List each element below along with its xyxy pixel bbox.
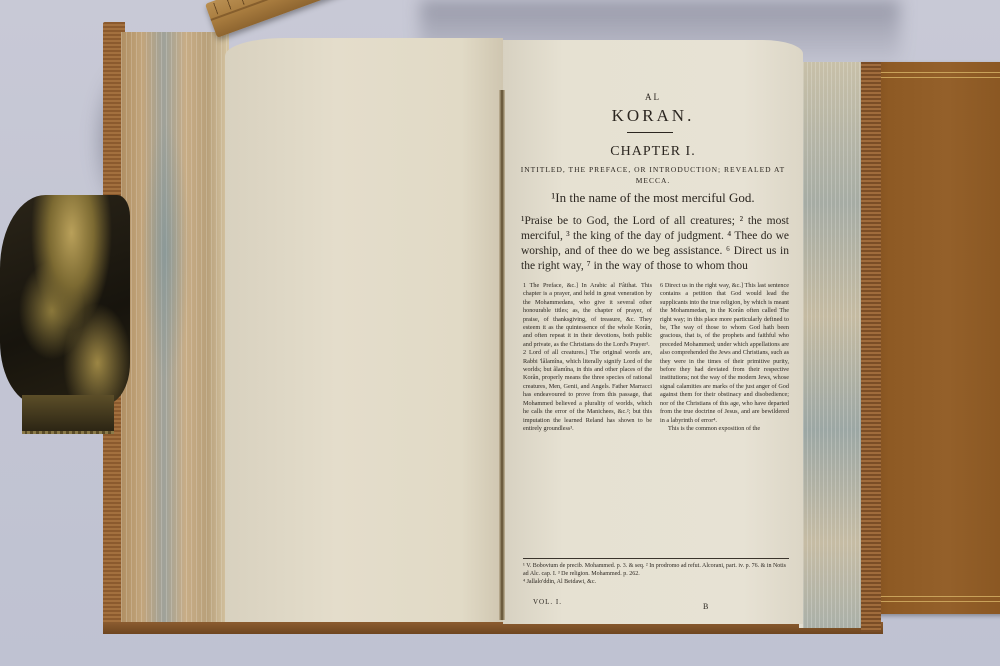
- invocation: ¹In the name of the most merciful God.: [523, 190, 783, 206]
- footnote-line: ⁴ Jallalo'ddin, Al Beidawi, &c.: [523, 578, 789, 586]
- marbled-page-edge-left: [121, 32, 229, 628]
- footnote-line: ¹ V. Bobovium de precib. Mohammed. p. 3.…: [523, 562, 789, 578]
- notes-column-left: 1 The Preface, &c.] In Arabic al Fâtihat…: [523, 282, 652, 433]
- figure-base: [22, 395, 114, 434]
- note-paragraph: This is the common exposition of the: [660, 425, 789, 433]
- marbled-page-edge-right: [803, 62, 865, 628]
- heading-koran: KORAN.: [503, 106, 803, 126]
- gilt-rule-top: [874, 72, 1000, 78]
- commentary-notes: 1 The Preface, &c.] In Arabic al Fâtihat…: [523, 282, 789, 433]
- book-gutter: [499, 90, 505, 620]
- book-spine-edge: [861, 62, 881, 632]
- printer-signature: B: [703, 602, 708, 611]
- note-paragraph: 2 Lord of all creatures.] The original w…: [523, 349, 652, 433]
- volume-label: VOL. I.: [533, 598, 562, 606]
- heading-al: AL: [503, 92, 803, 102]
- gilt-rule-bottom: [874, 596, 1000, 602]
- note-paragraph: 6 Direct us in the right way, &c.] This …: [660, 282, 789, 425]
- open-book: AL KORAN. CHAPTER I. Intitled, the Prefa…: [103, 10, 883, 640]
- chapter-title: CHAPTER I.: [503, 144, 803, 160]
- title-rule: [627, 132, 673, 133]
- note-paragraph: 1 The Preface, &c.] In Arabic al Fâtihat…: [523, 282, 652, 349]
- bronze-figure: [0, 195, 132, 435]
- footnote-divider: [523, 558, 789, 559]
- notes-column-right: 6 Direct us in the right way, &c.] This …: [660, 282, 789, 433]
- left-page-blank: [225, 38, 503, 622]
- figure-body: [0, 195, 130, 405]
- verses-text: ¹Praise be to God, the Lord of all creat…: [521, 214, 789, 274]
- right-page: AL KORAN. CHAPTER I. Intitled, the Prefa…: [503, 40, 803, 624]
- chapter-subtitle: Intitled, the Preface, or Introduction; …: [517, 164, 789, 186]
- footnotes: ¹ V. Bobovium de precib. Mohammed. p. 3.…: [523, 562, 789, 586]
- photo-scene: AL KORAN. CHAPTER I. Intitled, the Prefa…: [0, 0, 1000, 666]
